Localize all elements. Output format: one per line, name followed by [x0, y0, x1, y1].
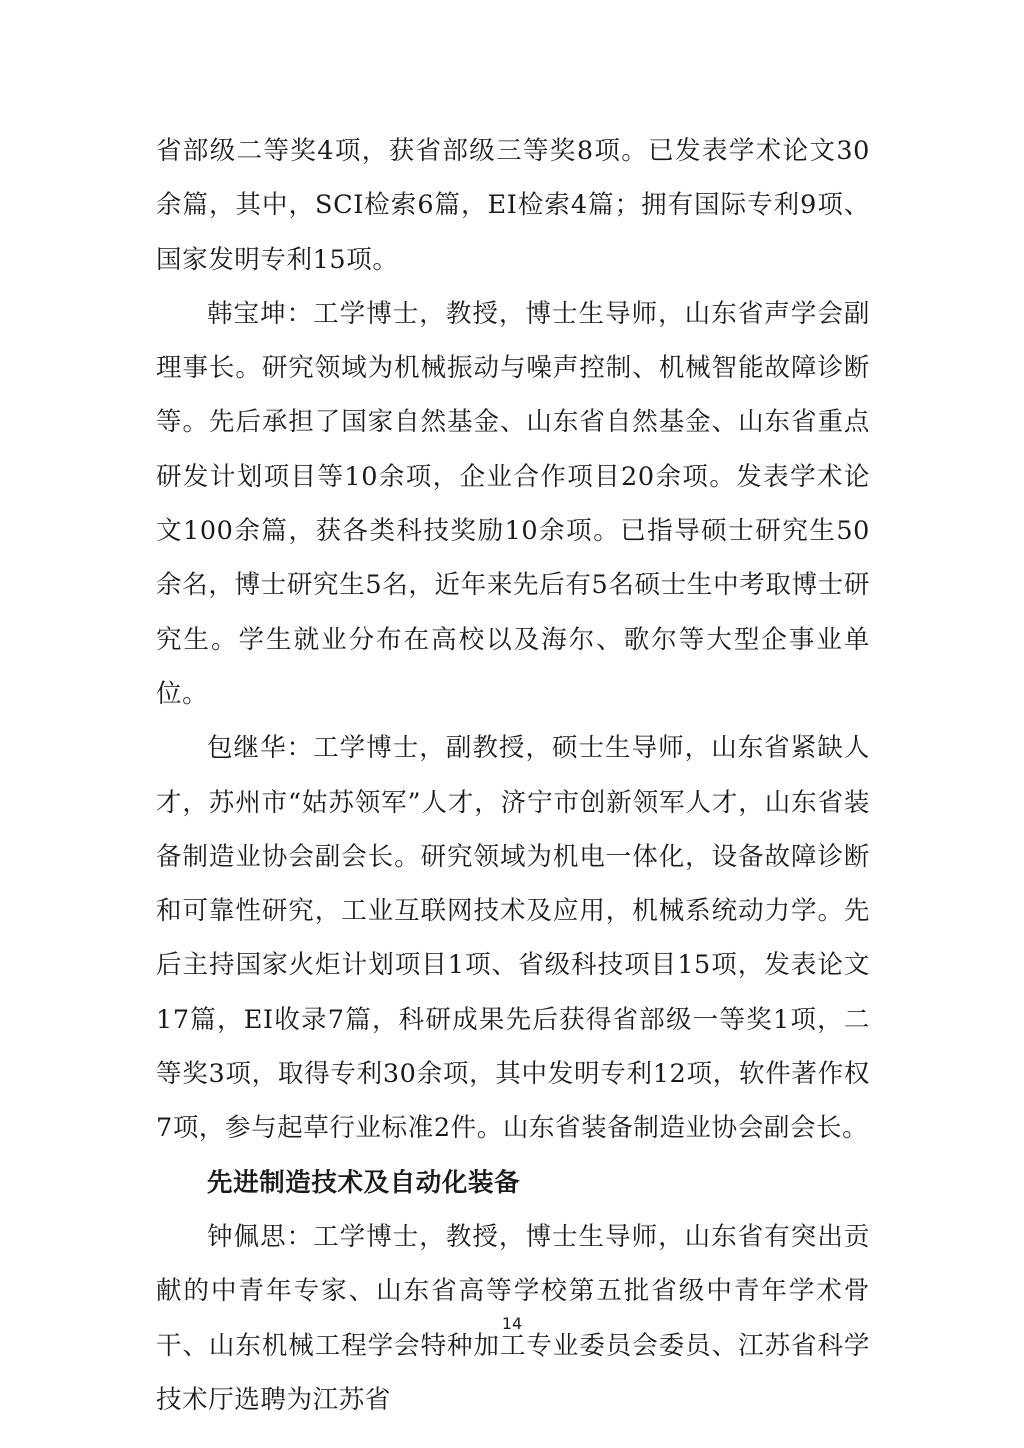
paragraph-continuation: 省部级二等奖4项，获省部级三等奖8项。已发表学术论文30余篇，其中，SCI检索6… — [156, 124, 870, 287]
paragraph-bao-jihua-bio: 包继华：工学博士，副教授，硕士生导师，山东省紧缺人才，苏州市“姑苏领军”人才，济… — [156, 721, 870, 1155]
page-number: 14 — [0, 1314, 1024, 1333]
document-page: 省部级二等奖4项，获省部级三等奖8项。已发表学术论文30余篇，其中，SCI检索6… — [156, 124, 870, 1427]
paragraph-han-baokun-bio: 韩宝坤：工学博士，教授，博士生导师，山东省声学会副理事长。研究领域为机械振动与噪… — [156, 287, 870, 721]
section-heading: 先进制造技术及自动化装备 — [156, 1156, 870, 1210]
